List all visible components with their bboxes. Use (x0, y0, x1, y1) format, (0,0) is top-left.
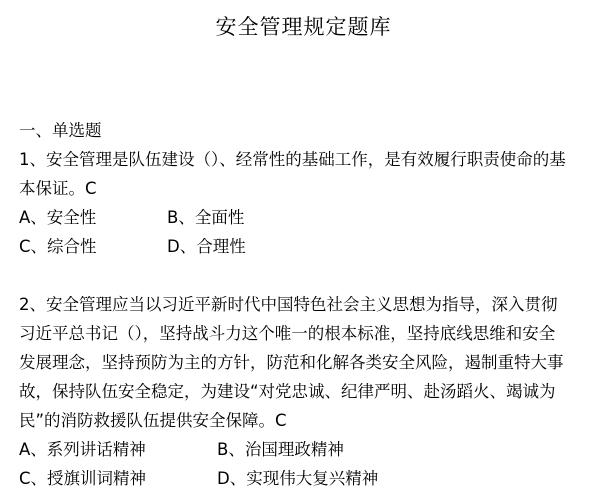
options-row: A、安全性 B、全面性 (19, 203, 591, 232)
question-text-line: 2、安全管理应当以习近平新时代中国特色社会主义思想为指导，深入贯彻 (19, 290, 591, 319)
option-a: A、安全性 (19, 203, 167, 232)
question-text-line: 故，保持队伍安全稳定，为建设“对党忠诚、纪律严明、赴汤蹈火、竭诚为 (19, 377, 591, 406)
option-b: B、治国理政精神 (217, 435, 344, 464)
document-body: 一、单选题 1、安全管理是队伍建设（）、经常性的基础工作，是有效履行职责使命的基… (19, 116, 591, 493)
option-d: D、合理性 (167, 232, 246, 261)
option-b: B、全面性 (167, 203, 244, 232)
options-row: C、授旗训词精神 D、实现伟大复兴精神 (19, 464, 591, 493)
options-row: C、综合性 D、合理性 (19, 232, 591, 261)
option-a: A、系列讲话精神 (19, 435, 217, 464)
spacer (19, 261, 591, 290)
question-text-line: 习近平总书记（），坚持战斗力这个唯一的根本标准，坚持底线思维和安全 (19, 319, 591, 348)
option-c: C、综合性 (19, 232, 167, 261)
section-heading: 一、单选题 (19, 116, 591, 145)
question-2: 2、安全管理应当以习近平新时代中国特色社会主义思想为指导，深入贯彻 习近平总书记… (19, 290, 591, 493)
option-c: C、授旗训词精神 (19, 464, 217, 493)
question-text-line: 发展理念，坚持预防为主的方针，防范和化解各类安全风险，遏制重特大事 (19, 348, 591, 377)
question-text-line: 本保证。C (19, 174, 591, 203)
question-1: 1、安全管理是队伍建设（）、经常性的基础工作，是有效履行职责使命的基 本保证。C… (19, 145, 591, 261)
options-row: A、系列讲话精神 B、治国理政精神 (19, 435, 591, 464)
question-text-line: 1、安全管理是队伍建设（）、经常性的基础工作，是有效履行职责使命的基 (19, 145, 591, 174)
option-d: D、实现伟大复兴精神 (217, 464, 378, 493)
question-text-line: 民”的消防救援队伍提供安全保障。C (19, 406, 591, 435)
document-title: 安全管理规定题库 (0, 12, 607, 42)
